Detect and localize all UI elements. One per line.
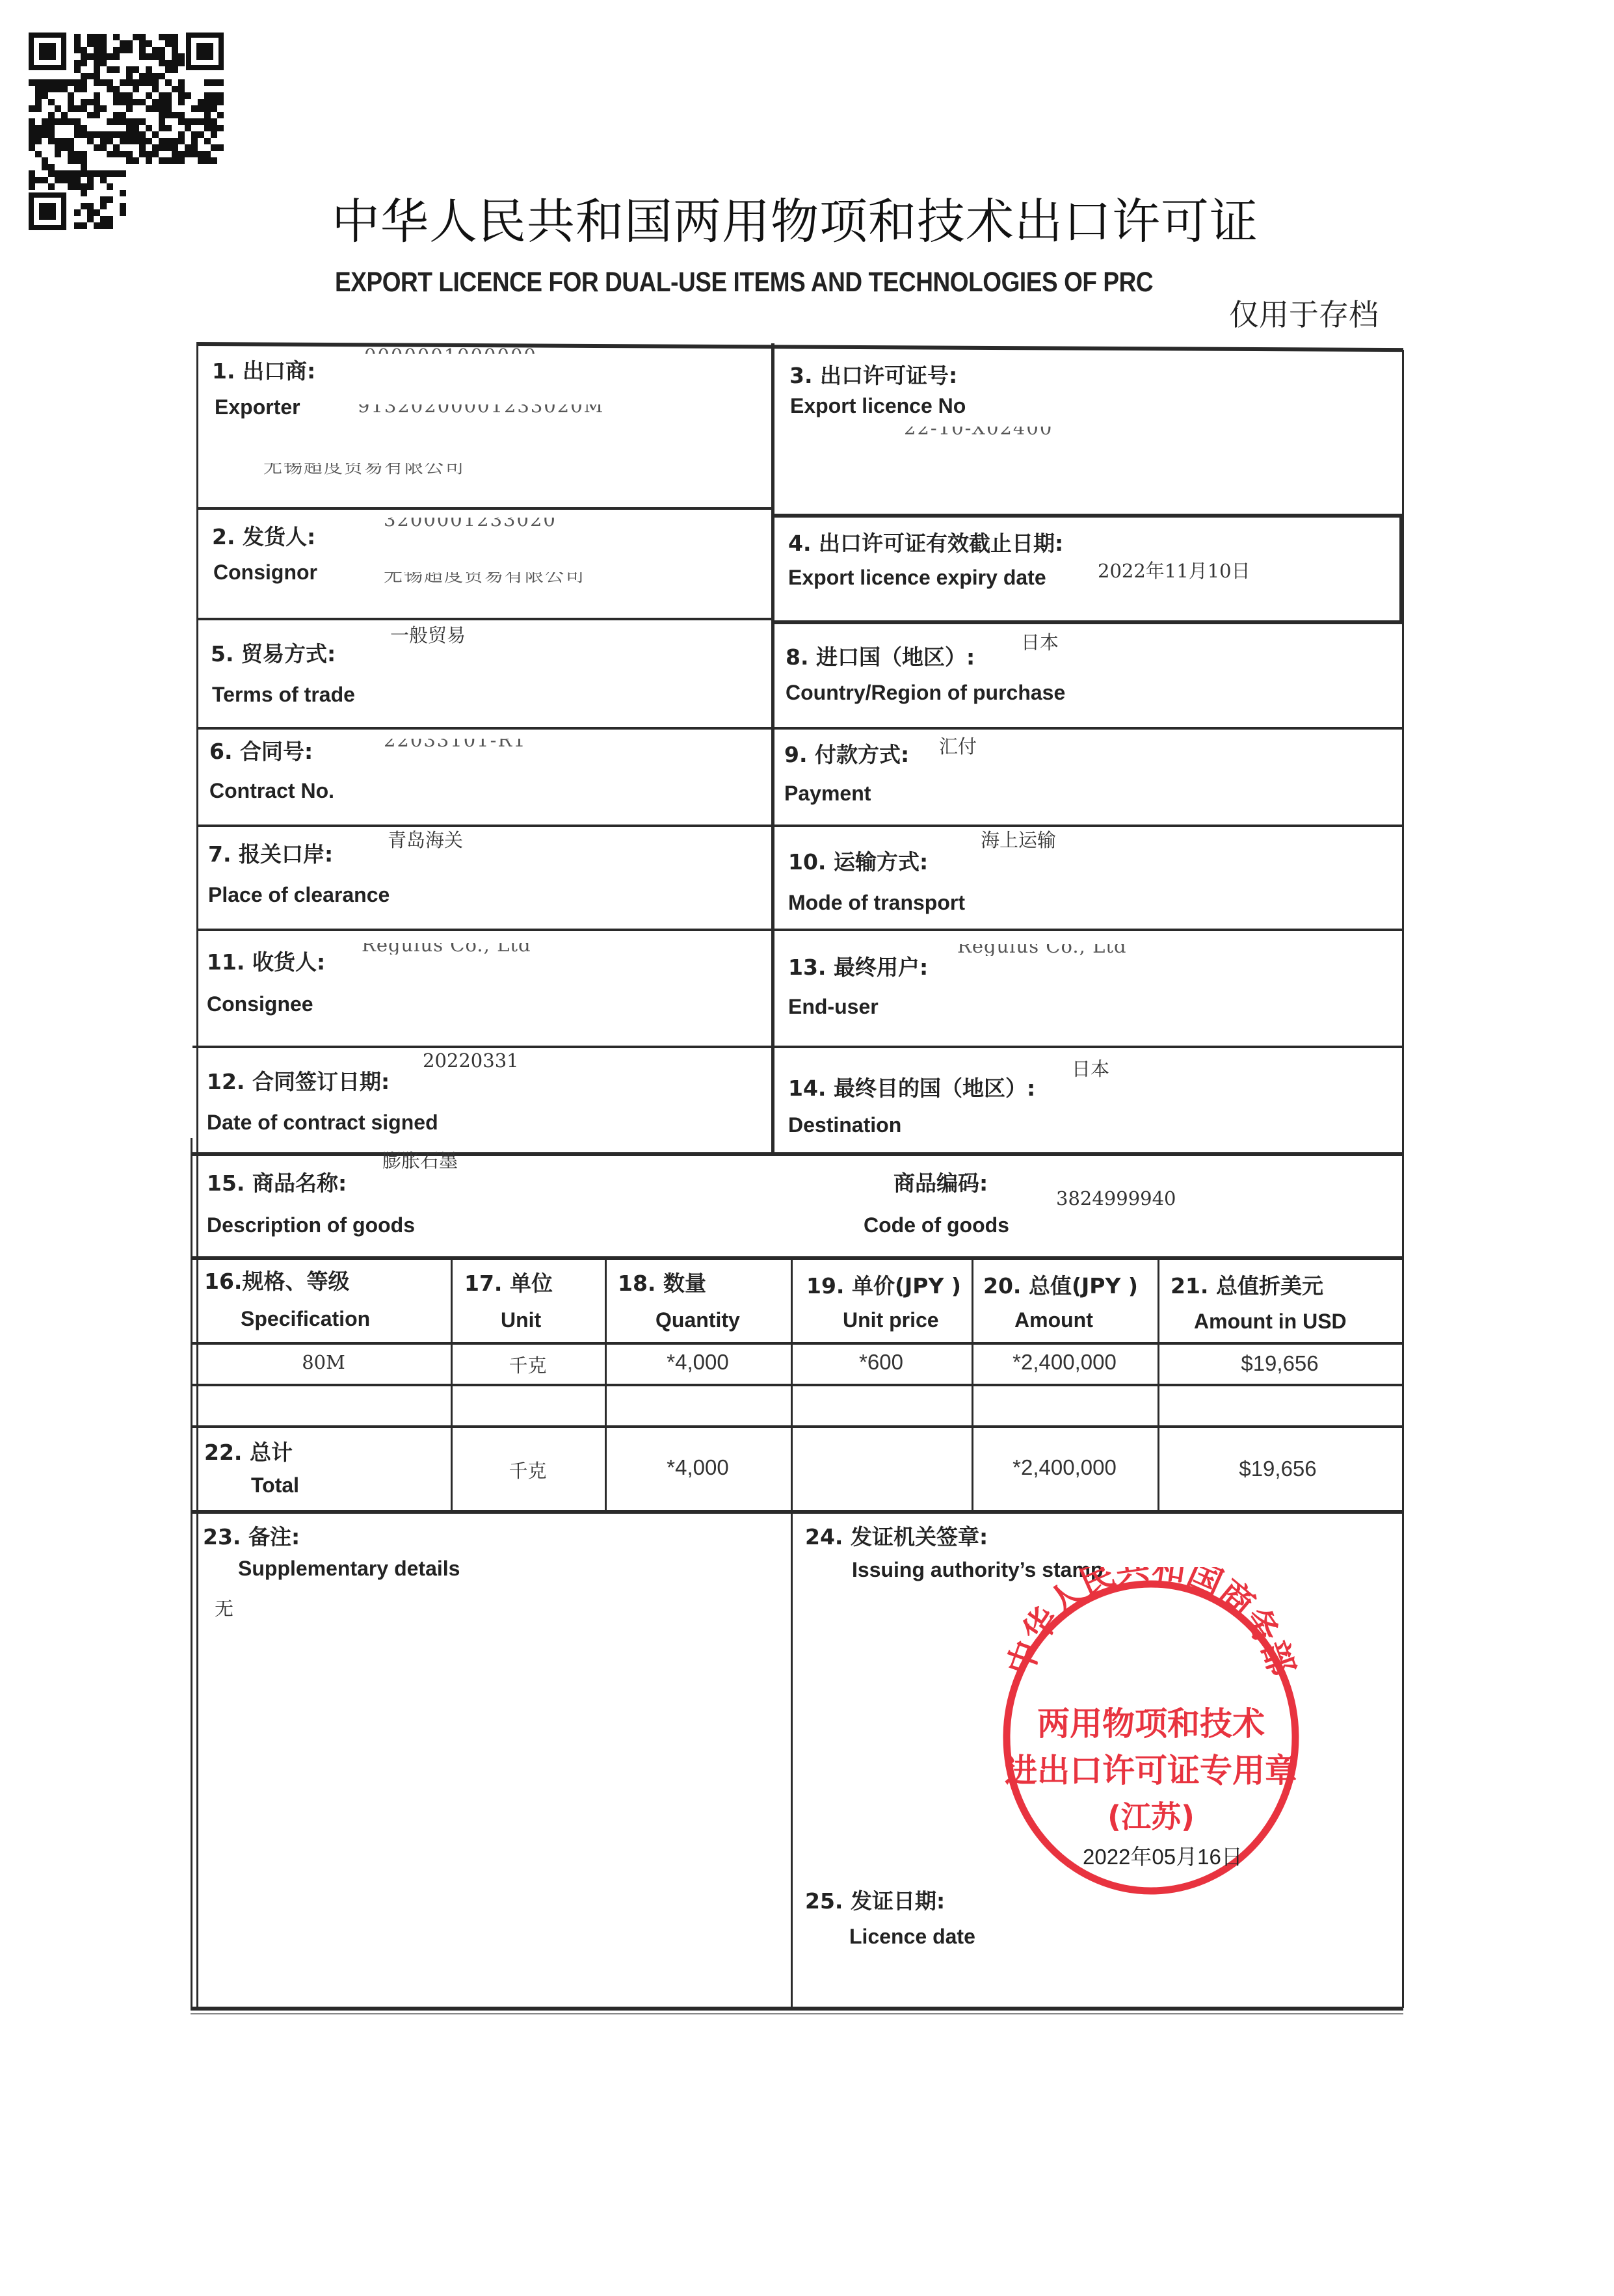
goods-code-value: 3824999940 [1056,1187,1176,1209]
stamp-date: 2022年05月16日 [1083,1840,1243,1871]
exporter-label-cn: 1. 出口商: [212,354,315,385]
cell-unit-price: *600 [791,1350,972,1375]
col-header-usd-cn: 21. 总值折美元 [1171,1269,1323,1300]
stamp-ring-text: 中华人民共和国商务部 [1001,1567,1302,1681]
stamp-line1: 两用物项和技术 [1037,1705,1265,1743]
consignor-label-en: Consignor [213,561,317,585]
exporter-code: 91320200001233020M [358,404,604,415]
contract-date-value: 20220331 [423,1049,519,1072]
payment-label-cn: 9. 付款方式: [784,738,909,769]
transport-label-cn: 10. 运输方式: [788,845,928,876]
transport-label-en: Mode of transport [788,891,965,915]
consignor-code: 3200001233020 [384,518,557,531]
svg-text:中华人民共和国商务部: 中华人民共和国商务部 [1001,1567,1302,1681]
country-value: 日本 [1021,628,1059,655]
qr-code-icon [29,33,224,231]
payment-label-en: Payment [784,782,871,806]
col-header-spec-en: Specification [241,1307,370,1331]
col-header-unit-cn: 17. 单位 [464,1267,553,1297]
exporter-name: 无锡超度贸易有限公司 [263,463,465,477]
consignee-value: Regulus Co., Ltd [362,943,531,955]
end-user-label-en: End-user [788,995,879,1019]
exporter-label-en: Exporter [215,395,300,419]
document-title-en: EXPORT LICENCE FOR DUAL-USE ITEMS AND TE… [335,267,1153,298]
supplementary-value: 无 [215,1594,233,1621]
licence-no-value: 22-10-X02400 [904,427,1053,437]
contract-no-value: 22033101-R1 [384,739,527,749]
destination-label-cn: 14. 最终目的国（地区）: [788,1072,1035,1102]
contract-date-label-cn: 12. 合同签订日期: [207,1065,390,1096]
supplementary-label-en: Supplementary details [238,1557,460,1581]
stamp-label-cn: 24. 发证机关签章: [805,1520,988,1551]
col-header-amount-cn: 20. 总值(JPY ) [983,1269,1138,1300]
total-amount: *2,400,000 [972,1455,1158,1480]
clearance-value: 青岛海关 [388,826,463,852]
destination-label-en: Destination [788,1113,901,1137]
document-title-cn: 中华人民共和国两用物项和技术出口许可证 [332,183,1258,252]
col-header-amount-en: Amount [1014,1308,1093,1332]
col-header-price-en: Unit price [843,1308,939,1332]
destination-value: 日本 [1072,1055,1109,1081]
col-header-qty-cn: 18. 数量 [618,1267,706,1297]
contract-no-label-cn: 6. 合同号: [209,735,313,765]
clearance-label-cn: 7. 报关口岸: [208,838,333,868]
cell-quantity: *4,000 [605,1350,791,1375]
transport-value: 海上运输 [981,826,1056,852]
total-quantity: *4,000 [605,1455,791,1480]
licence-date-label-cn: 25. 发证日期: [805,1884,945,1915]
goods-label-en: Description of goods [207,1213,415,1237]
exporter-code-top: 0000001000000 [364,345,537,354]
total-unit: 千克 [451,1457,605,1483]
clearance-label-en: Place of clearance [208,883,390,907]
terms-label-cn: 5. 贸易方式: [211,637,336,668]
expiry-label-cn: 4. 出口许可证有效截止日期: [788,527,1063,557]
expiry-value: 2022年11月10日 [1098,557,1250,583]
goods-label-cn: 15. 商品名称: [207,1167,347,1197]
consignee-label-cn: 11. 收货人: [207,945,325,976]
col-header-price-cn: 19. 单价(JPY ) [806,1269,961,1300]
cell-unit: 千克 [451,1351,605,1378]
col-header-usd-en: Amount in USD [1194,1310,1347,1334]
contract-date-label-en: Date of contract signed [207,1111,438,1135]
terms-value: 一般贸易 [390,621,466,648]
end-user-value: Regulus Co., Ltd [957,944,1127,956]
licence-no-label-cn: 3. 出口许可证号: [789,359,957,389]
cell-spec: 80M [196,1351,451,1373]
stamp-line3: (江苏) [1107,1799,1195,1834]
consignor-name: 无锡超度贸易有限公司 [384,572,585,585]
stamp-line2: 进出口许可证专用章 [1005,1752,1297,1789]
consignee-label-en: Consignee [207,992,313,1016]
total-label-cn: 22. 总计 [204,1436,293,1466]
country-label-en: Country/Region of purchase [786,681,1065,705]
archive-note: 仅用于存档 [1229,291,1379,334]
contract-no-label-en: Contract No. [209,779,334,803]
licence-no-label-en: Export licence No [790,394,966,418]
supplementary-label-cn: 23. 备注: [203,1520,300,1551]
cell-amount-usd: $19,656 [1158,1351,1402,1376]
col-header-qty-en: Quantity [655,1308,740,1332]
licence-date-label-en: Licence date [849,1925,975,1949]
consignor-label-cn: 2. 发货人: [212,520,315,551]
total-amount-usd: $19,656 [1158,1457,1398,1481]
col-header-unit-en: Unit [501,1308,541,1332]
expiry-label-en: Export licence expiry date [788,566,1046,590]
goods-code-label-cn: 商品编码: [893,1167,988,1197]
country-label-cn: 8. 进口国（地区）: [786,640,975,671]
col-header-spec-cn: 16.规格、等级 [204,1265,349,1295]
goods-value: 膨胀石墨 [382,1151,458,1170]
payment-value: 汇付 [939,732,977,759]
terms-label-en: Terms of trade [212,683,355,707]
total-label-en: Total [251,1473,299,1498]
goods-code-label-en: Code of goods [864,1213,1009,1237]
end-user-label-cn: 13. 最终用户: [788,951,928,981]
cell-amount: *2,400,000 [972,1350,1158,1375]
